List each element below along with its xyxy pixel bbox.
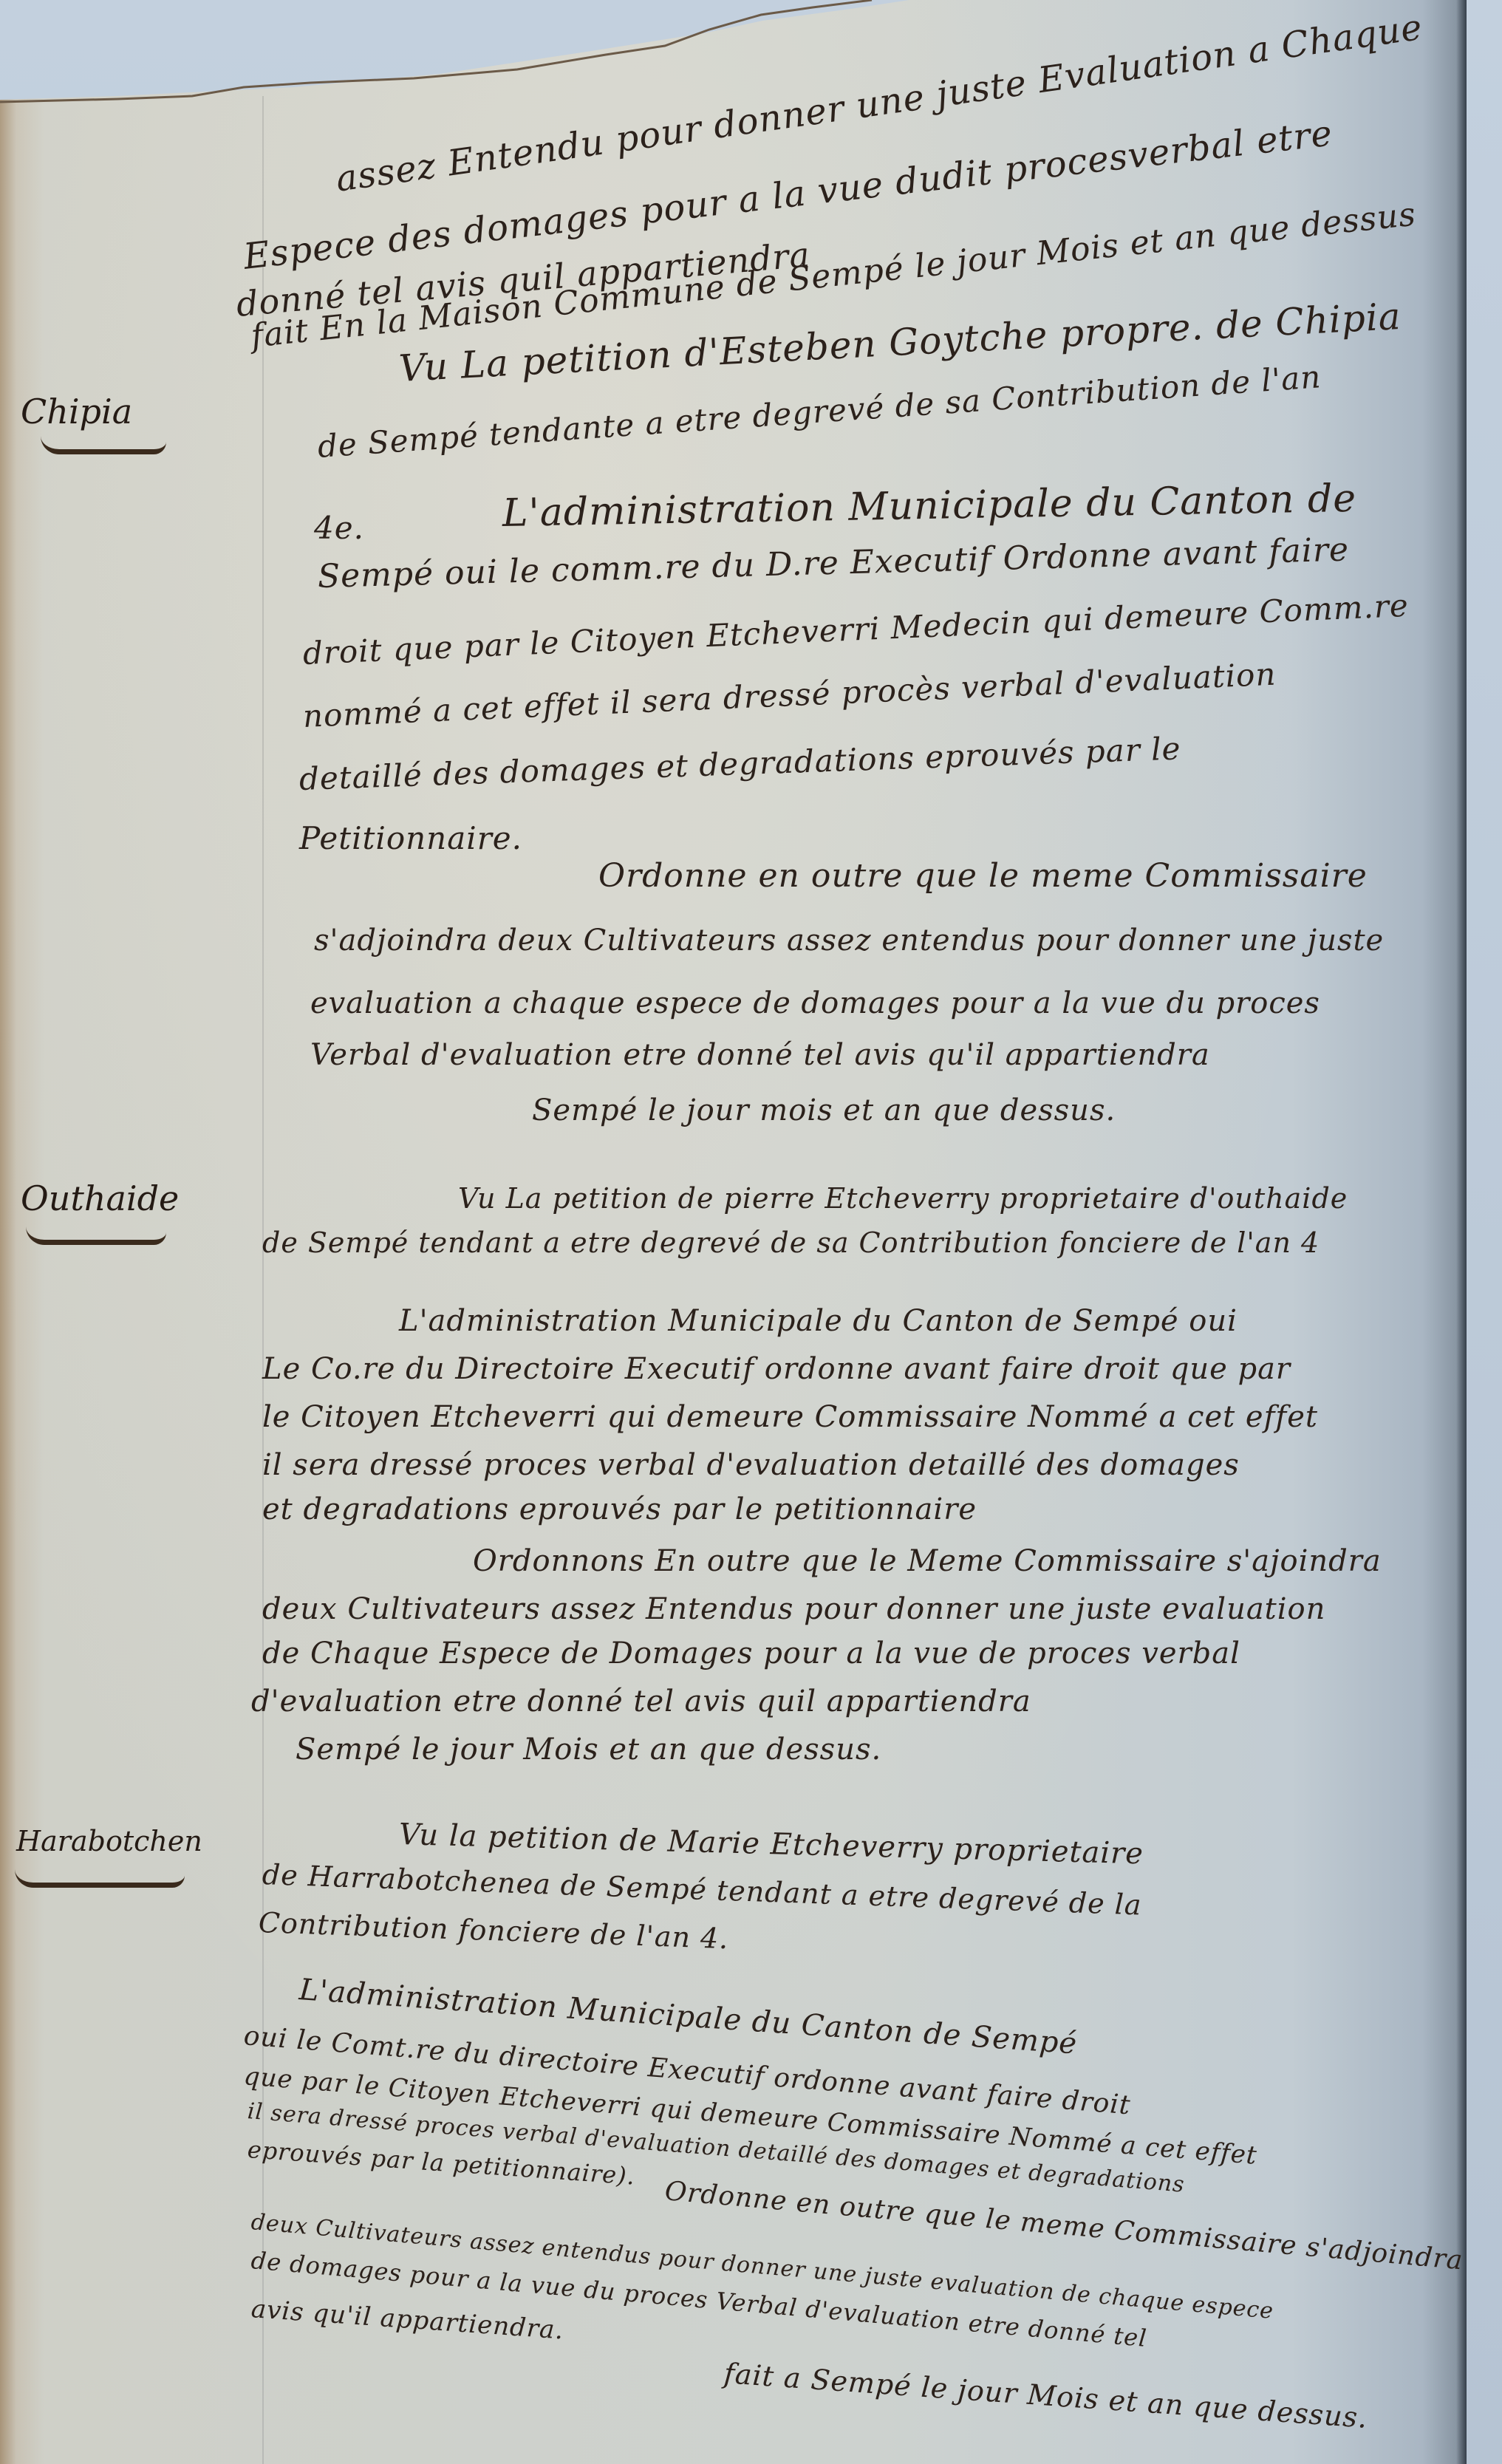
text-line: de Chaque Espece de Domages pour a la vu… (262, 1637, 1240, 1670)
text-line: L'administration Municipale du Canton de… (399, 1304, 1238, 1338)
text-line: deux Cultivateurs assez Entendus pour do… (262, 1592, 1325, 1626)
text-line: Vu La petition de pierre Etcheverry prop… (458, 1182, 1348, 1215)
text-line: Ordonnons En outre que le Meme Commissai… (473, 1544, 1382, 1578)
text-line: Sempé le jour mois et an que dessus. (532, 1093, 1116, 1127)
text-line: Ordonne en outre que le meme Commissaire (598, 857, 1368, 895)
text-line: evaluation a chaque espece de domages po… (310, 986, 1320, 1020)
text-line: de Sempé tendant a etre degrevé de sa Co… (262, 1226, 1320, 1259)
margin-flourish (41, 436, 166, 454)
margin-flourish (15, 1869, 185, 1888)
page-edge-shadow (1456, 0, 1467, 2464)
text-line: 4e. (314, 510, 364, 546)
text-line: s'adjoindra deux Cultivateurs assez ente… (314, 924, 1384, 958)
text-line: il sera dressé proces verbal d'evaluatio… (262, 1448, 1240, 1482)
margin-note: Chipia (21, 392, 132, 431)
text-line: le Citoyen Etcheverri qui demeure Commis… (262, 1400, 1318, 1434)
margin-note: Outhaide (21, 1178, 179, 1218)
margin-note: Harabotchen (16, 1825, 202, 1857)
margin-flourish (26, 1226, 166, 1245)
text-line: Sempé le jour Mois et an que dessus. (296, 1733, 881, 1767)
text-line: d'evaluation etre donné tel avis quil ap… (251, 1685, 1031, 1719)
text-line: Verbal d'evaluation etre donné tel avis … (310, 1038, 1210, 1072)
text-line: Le Co.re du Directoire Executif ordonne … (262, 1352, 1291, 1386)
text-line: et degradations eprouvés par le petition… (262, 1492, 977, 1526)
text-line: Petitionnaire. (299, 820, 522, 856)
